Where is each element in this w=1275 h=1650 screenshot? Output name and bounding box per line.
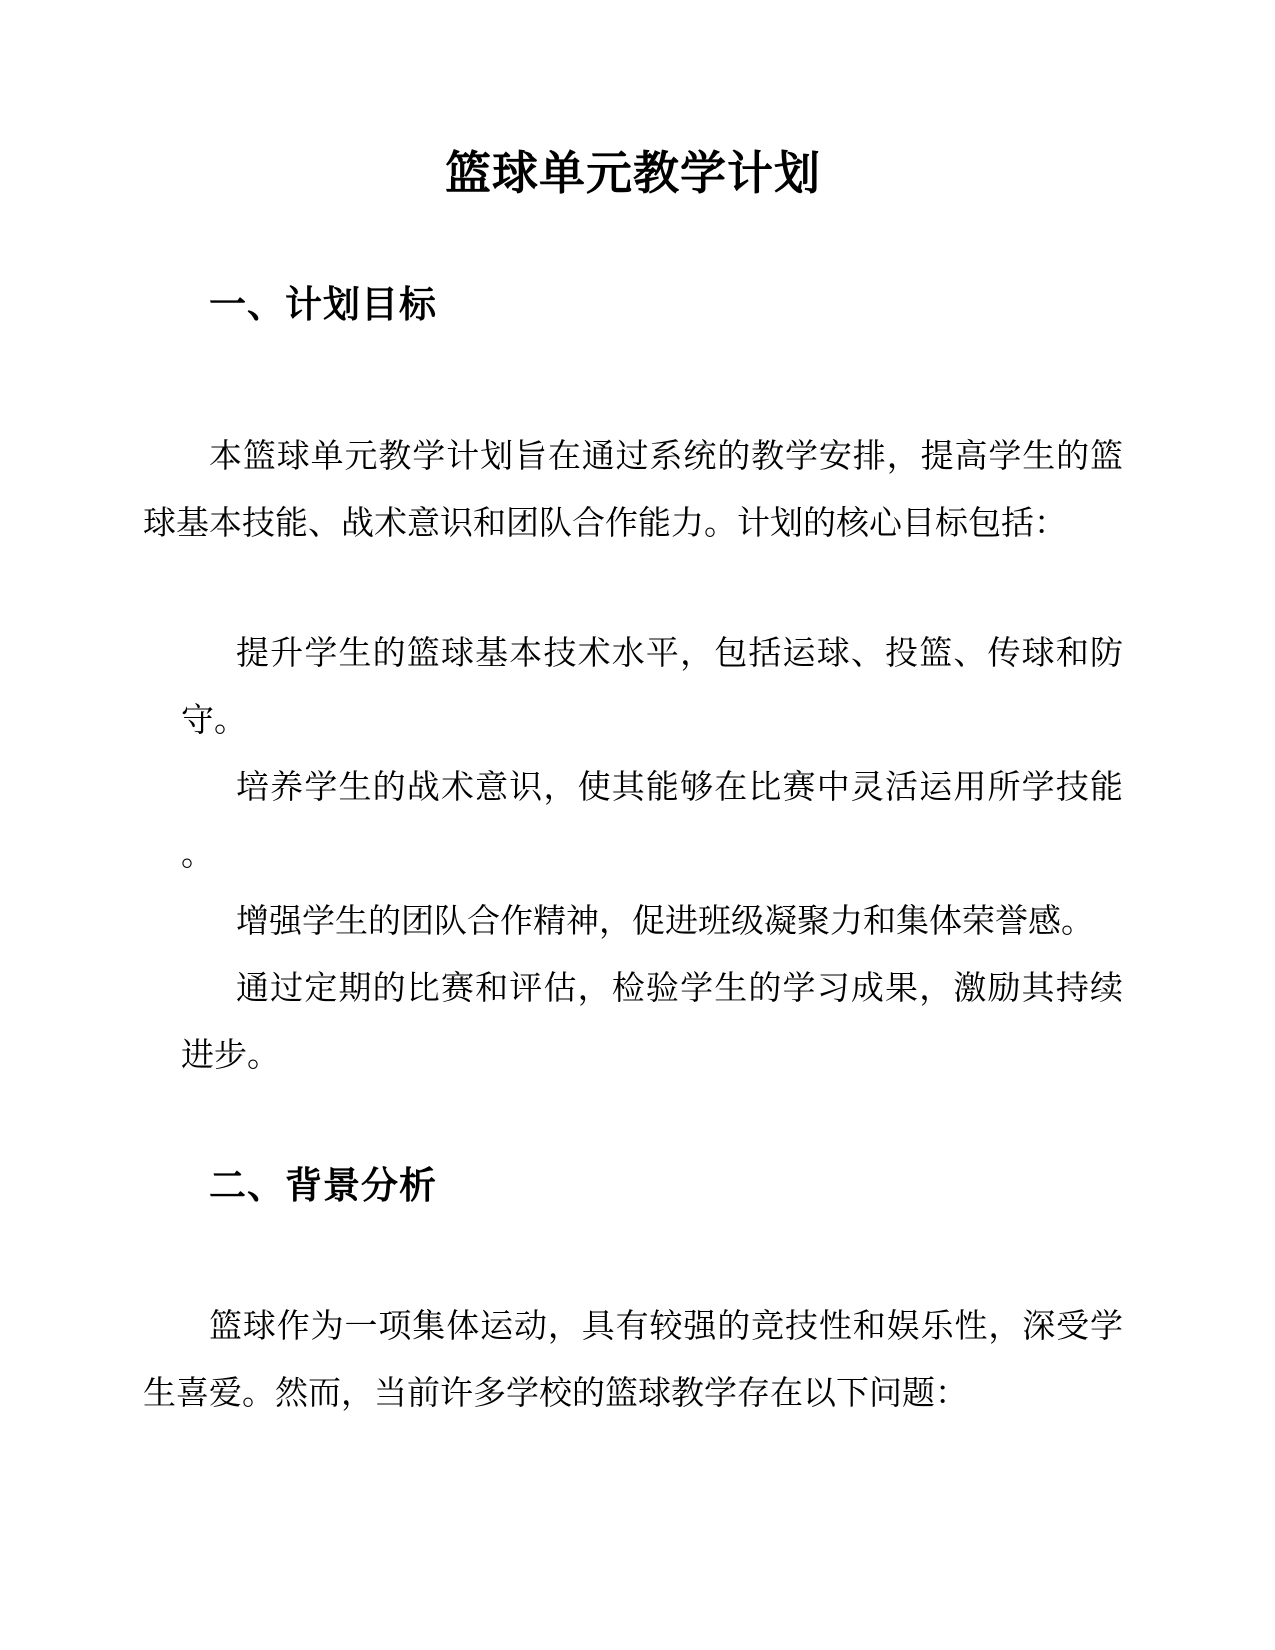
section-heading-plan-goals: 一、计划目标 bbox=[143, 281, 1123, 329]
background-analysis-paragraph: 篮球作为一项集体运动，具有较强的竞技性和娱乐性，深受学生喜爱。然而，当前许多学校… bbox=[143, 1294, 1123, 1428]
document-page: 篮球单元教学计划 一、计划目标 本篮球单元教学计划旨在通过系统的教学安排，提高学… bbox=[0, 0, 1275, 1650]
goal-item-tactical-awareness: 培养学生的战术意识，使其能够在比赛中灵活运用所学技能。 bbox=[143, 755, 1123, 889]
goal-item-teamwork: 增强学生的团队合作精神，促进班级凝聚力和集体荣誉感。 bbox=[143, 889, 1123, 956]
goal-item-assessment: 通过定期的比赛和评估，检验学生的学习成果，激励其持续进步。 bbox=[143, 956, 1123, 1090]
goal-item-basic-skills: 提升学生的篮球基本技术水平，包括运球、投篮、传球和防守。 bbox=[143, 621, 1123, 755]
plan-goals-intro-paragraph: 本篮球单元教学计划旨在通过系统的教学安排，提高学生的篮球基本技能、战术意识和团队… bbox=[143, 424, 1123, 558]
section-heading-background-analysis: 二、背景分析 bbox=[143, 1162, 1123, 1210]
goal-list: 提升学生的篮球基本技术水平，包括运球、投篮、传球和防守。 培养学生的战术意识，使… bbox=[143, 621, 1123, 1090]
document-title: 篮球单元教学计划 bbox=[143, 143, 1123, 203]
